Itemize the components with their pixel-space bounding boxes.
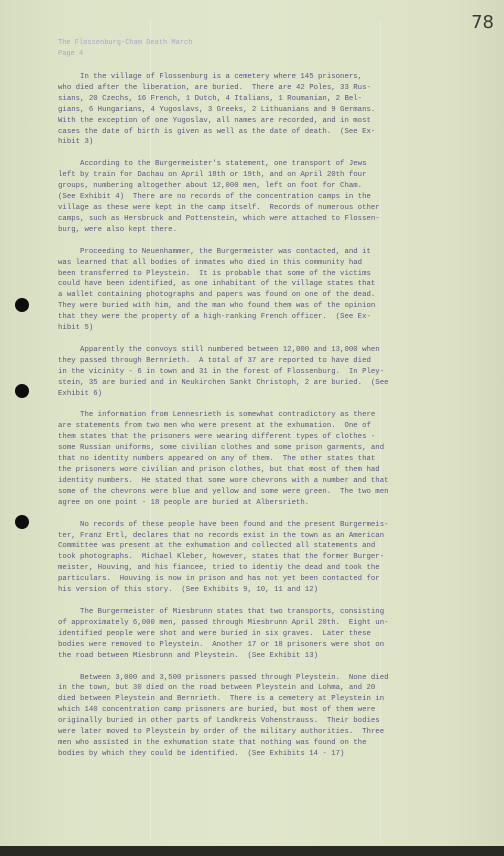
text-line: According to the Burgermeister's stateme… — [58, 159, 463, 170]
text-line: cases the date of birth is given as well… — [58, 127, 463, 138]
text-line: gians, 6 Hungarians, 4 Yugoslavs, 3 Gree… — [58, 105, 463, 116]
text-line: bodies were removed to Pleystein. Anothe… — [58, 640, 463, 651]
text-line: burg, were also kept there. — [58, 225, 463, 236]
text-line: identity numbers. He stated that some wo… — [58, 476, 463, 487]
scan-bottom-edge — [0, 846, 504, 856]
text-line: the prisoners wore civilian and prison c… — [58, 465, 463, 476]
text-line: originally buried in other parts of Land… — [58, 716, 463, 727]
text-line: his version of this story. (See Exhibits… — [58, 585, 463, 596]
punch-hole-icon — [15, 384, 29, 398]
page-number: 78 — [471, 12, 494, 33]
text-line: that they were the property of a high-ra… — [58, 312, 463, 323]
text-line: hibit 5) — [58, 323, 463, 334]
text-line: groups, numbering altogether about 12,00… — [58, 181, 463, 192]
text-line: the road between Miesbrunn and Pleystein… — [58, 651, 463, 662]
page-label: Page 4 — [58, 49, 192, 60]
text-line: particulars. Houving is now in prison an… — [58, 574, 463, 585]
text-line: could have been identified, as one inhab… — [58, 279, 463, 290]
text-line: With the exception of one Yugoslav, all … — [58, 116, 463, 127]
text-line: The Burgermeister of Miesbrunn states th… — [58, 607, 463, 618]
text-line: identified people were shot and were bur… — [58, 629, 463, 640]
document-header: The Flossenburg-Cham Death MarchPage 4 — [58, 38, 192, 60]
punch-hole-icon — [15, 298, 29, 312]
paragraph-bernrieth: Apparently the convoys still numbered be… — [58, 345, 463, 400]
text-line: were later moved to Pleystein by order o… — [58, 727, 463, 738]
text-line: The information from Lennesrieth is some… — [58, 410, 463, 421]
text-line: been transferred to Pleystein. It is pro… — [58, 269, 463, 280]
text-line: are statements from two men who were pre… — [58, 421, 463, 432]
text-line: sians, 20 Czechs, 16 French, 1 Dutch, 4 … — [58, 94, 463, 105]
text-line: Between 3,000 and 3,500 prisoners passed… — [58, 673, 463, 684]
text-line: village as these were kept in the camp i… — [58, 203, 463, 214]
text-line: agree on one point - 18 people are burie… — [58, 498, 463, 509]
paragraph-flossenburg-cemetery: In the village of Flossenburg is a cemet… — [58, 72, 463, 148]
text-line: they passed through Bernrieth. A total o… — [58, 356, 463, 367]
paragraph-burgermeister-statement: According to the Burgermeister's stateme… — [58, 159, 463, 235]
document-body: In the village of Flossenburg is a cemet… — [58, 72, 463, 771]
paragraph-neuenhammer: Proceeding to Neuenhammer, the Burgermei… — [58, 247, 463, 334]
text-line: which 140 concentration camp prisoners a… — [58, 705, 463, 716]
text-line: camps, such as Hersbruck and Pottenstein… — [58, 214, 463, 225]
punch-hole-icon — [15, 515, 29, 529]
text-line: left by train for Dachau on April 18th o… — [58, 170, 463, 181]
text-line: stein, 35 are buried and in Neukirchen S… — [58, 378, 463, 389]
text-line: They were buried with him, and the man w… — [58, 301, 463, 312]
text-line: men who assisted in the exhumation state… — [58, 738, 463, 749]
text-line: some Russian uniforms, some civilian clo… — [58, 443, 463, 454]
text-line: them states that the prisoners were wear… — [58, 432, 463, 443]
text-line: (See Exhibit 4) There are no records of … — [58, 192, 463, 203]
paragraph-no-records: No records of these people have been fou… — [58, 520, 463, 596]
text-line: Apparently the convoys still numbered be… — [58, 345, 463, 356]
text-line: hibit 3) — [58, 137, 463, 148]
text-line: Proceeding to Neuenhammer, the Burgermei… — [58, 247, 463, 258]
text-line: Committee was present at the exhumation … — [58, 541, 463, 552]
text-line: Exhibit 6) — [58, 389, 463, 400]
paragraph-pleystein: Between 3,000 and 3,500 prisoners passed… — [58, 673, 463, 760]
text-line: that no identity numbers appeared on any… — [58, 454, 463, 465]
text-line: of approximately 6,000 men, passed throu… — [58, 618, 463, 629]
document-page: 78 The Flossenburg-Cham Death MarchPage … — [0, 0, 504, 846]
document-title: The Flossenburg-Cham Death March — [58, 38, 192, 49]
text-line: in the vicinity - 6 in town and 31 in th… — [58, 367, 463, 378]
paragraph-lennesrieth: The information from Lennesrieth is some… — [58, 410, 463, 508]
text-line: who died after the liberation, are burie… — [58, 83, 463, 94]
text-line: in the town, but 30 died on the road bet… — [58, 683, 463, 694]
text-line: bodies by which they could be identified… — [58, 749, 463, 760]
text-line: took photographs. Michael Kleber, howeve… — [58, 552, 463, 563]
text-line: died between Pleystein and Bernrieth. Th… — [58, 694, 463, 705]
text-line: a wallet containing photographs and pape… — [58, 290, 463, 301]
text-line: meister, Houving, and his fiancee, tried… — [58, 563, 463, 574]
text-line: In the village of Flossenburg is a cemet… — [58, 72, 463, 83]
text-line: No records of these people have been fou… — [58, 520, 463, 531]
paragraph-miesbrunn: The Burgermeister of Miesbrunn states th… — [58, 607, 463, 662]
text-line: some of the chevrons were blue and yello… — [58, 487, 463, 498]
text-line: was learned that all bodies of inmates w… — [58, 258, 463, 269]
text-line: ter, Franz Ertl, declares that no record… — [58, 531, 463, 542]
